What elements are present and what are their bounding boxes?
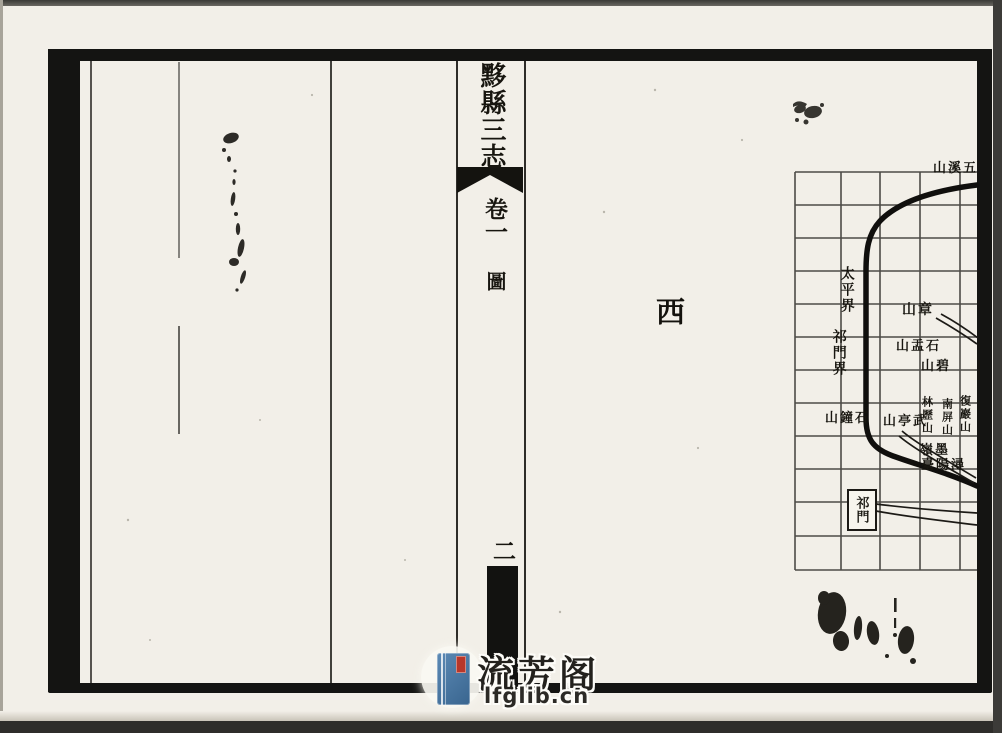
fishtail-mark	[457, 167, 523, 193]
column-divider	[178, 62, 180, 258]
map-label: 祁門界	[830, 329, 845, 377]
map-direction-west: 西	[656, 290, 685, 331]
map-label: 臺陽潯	[921, 458, 966, 472]
watermark-book-stitch-line	[441, 653, 443, 705]
map-label: 復巖山	[958, 395, 970, 434]
book-scan-page: 黟縣三志 卷一 圖 二 西 山溪五太平界祁門界山章山盂石山碧山鐘石山亭武復巖山南…	[0, 0, 1002, 733]
map-label: 山章	[902, 304, 934, 319]
page-frame-border-top	[48, 49, 992, 61]
ink-smudge-bottom-right	[815, 590, 916, 664]
page-frame-border-left	[48, 49, 80, 692]
map-label: 嶺墨	[920, 443, 950, 457]
watermark-book-stitch-line	[445, 653, 446, 705]
spine-section-label: 圖	[480, 271, 509, 291]
column-divider	[90, 61, 92, 683]
scan-edge-left	[0, 0, 3, 733]
spine-left-line	[456, 61, 458, 683]
scan-edge-right	[993, 0, 1002, 733]
map-place-box-qimen: 祁門	[847, 489, 877, 531]
spine-book-title: 黟縣三志	[473, 62, 510, 170]
scan-edge-bottom-shadow	[0, 711, 1002, 721]
scan-edge-top	[0, 0, 1002, 6]
column-divider	[178, 326, 180, 434]
watermark-book-title-tag	[456, 656, 466, 673]
map-label: 南屏山	[940, 398, 952, 437]
page-frame-border-right	[977, 49, 992, 692]
ink-smudge-left-page	[222, 131, 247, 292]
county-boundary-line	[866, 185, 977, 486]
paper-specks	[127, 89, 743, 641]
map-label: 山盂石	[896, 339, 941, 353]
map-label: 山鐘石	[825, 411, 870, 425]
map-place-box-label: 祁門	[853, 496, 872, 524]
map-label: 山溪五	[933, 161, 978, 175]
map-label: 山碧	[921, 359, 951, 373]
spine-volume-label: 卷一	[478, 197, 511, 243]
map-label: 林歷山	[920, 396, 932, 435]
ink-smudge-top-right	[793, 101, 824, 124]
column-divider	[330, 61, 332, 683]
spine-right-line	[524, 61, 526, 683]
watermark-site-url: lfglib.cn	[484, 684, 589, 708]
page-number: 二	[493, 533, 516, 566]
scan-edge-bottom	[0, 721, 1002, 733]
map-label: 太平界	[838, 266, 853, 314]
